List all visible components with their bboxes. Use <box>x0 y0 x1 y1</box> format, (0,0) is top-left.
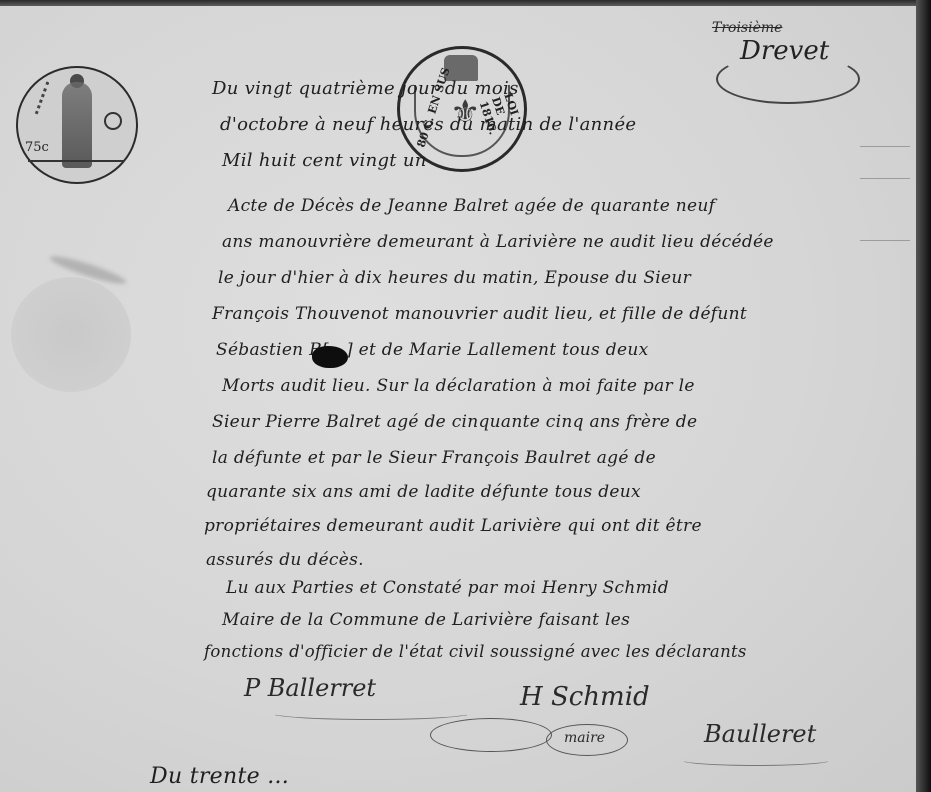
signature-flourish <box>430 718 552 752</box>
signature-underline <box>680 754 832 766</box>
text-line-7: François Thouvenot manouvrier audit lieu… <box>212 304 747 324</box>
text-line-3: Mil huit cent vingt un <box>222 150 427 171</box>
ruled-line <box>860 178 910 179</box>
text-line-5: ans manouvrière demeurant à Larivière ne… <box>222 232 774 252</box>
text-line-11: la défunte et par le Sieur François Baul… <box>212 448 656 468</box>
text-line-8: Sébastien B[...] et de Marie Lallement t… <box>216 340 648 360</box>
signature-underline <box>270 706 472 720</box>
text-line-9: Morts audit lieu. Sur la déclaration à m… <box>222 376 695 396</box>
ruled-line <box>860 240 910 241</box>
tax-stamp-75c: 75c <box>16 66 138 184</box>
margin-flourish <box>716 54 860 104</box>
allegorical-figure-icon <box>62 82 92 168</box>
page-right-edge <box>916 0 931 792</box>
signature-ballerret: P Ballerret <box>244 674 376 702</box>
margin-struck-note: Troisième <box>712 20 782 36</box>
text-line-12: quarante six ans ami de ladite défunte t… <box>206 482 641 502</box>
stamp-value: 75c <box>25 140 49 155</box>
text-line-15: Lu aux Parties et Constaté par moi Henry… <box>226 578 669 598</box>
ink-blot <box>312 346 348 368</box>
text-line-6: le jour d'hier à dix heures du matin, Ep… <box>218 268 691 288</box>
text-line-10: Sieur Pierre Balret agé de cinquante cin… <box>212 412 697 432</box>
signature-baulleret: Baulleret <box>704 720 816 748</box>
next-entry-start: Du trente ... <box>150 764 289 789</box>
mayor-title: maire <box>564 730 605 746</box>
text-line-1: Du vingt quatrième jour du mois <box>212 78 519 99</box>
register-page: 75c ⚜ 80 C. EN SUS LOI DE 1816. Troisièm… <box>0 6 919 792</box>
faded-stamp-ghost <box>10 276 132 393</box>
stamp-base <box>28 160 124 162</box>
text-line-17: fonctions d'officier de l'état civil sou… <box>204 642 747 661</box>
text-line-16: Maire de la Commune de Larivière faisant… <box>222 610 630 630</box>
ruled-line <box>860 146 910 147</box>
text-line-2: d'octobre à neuf heures du matin de l'an… <box>220 114 636 135</box>
text-line-13: propriétaires demeurant audit Larivière … <box>204 516 702 536</box>
text-line-14: assurés du décès. <box>206 550 364 570</box>
text-line-4: Acte de Décès de Jeanne Balret agée de q… <box>228 196 715 216</box>
disc-icon <box>104 112 122 130</box>
signature-mayor: H Schmid <box>520 682 650 712</box>
